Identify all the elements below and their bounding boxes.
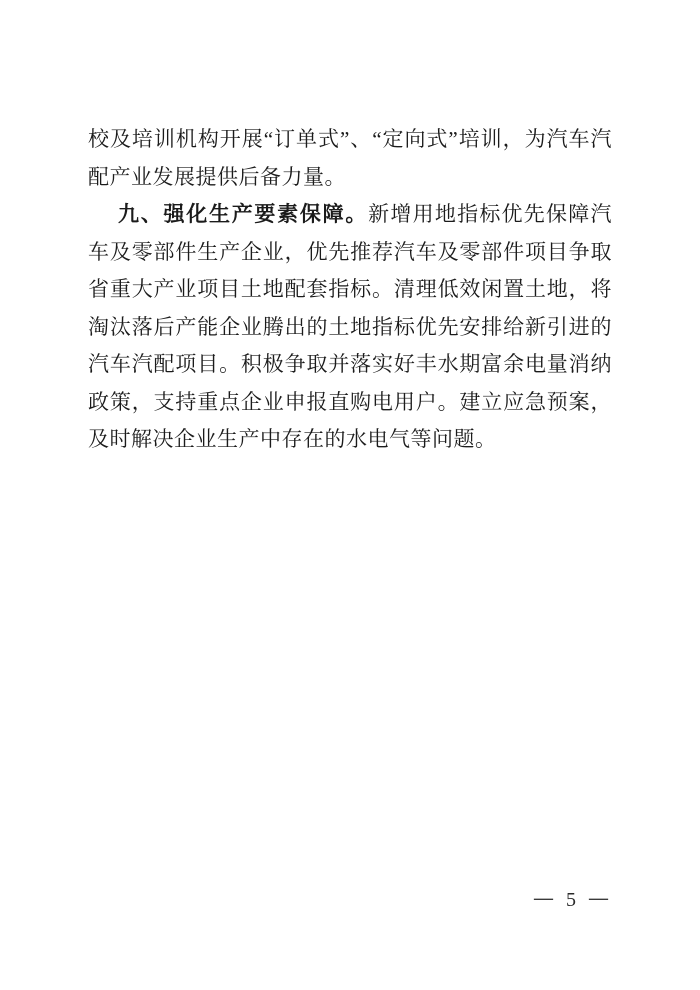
document-body: 校及培训机构开展“订单式”、“定向式”培训，为汽车汽配产业发展提供后备力量。 九… [88,121,612,459]
paragraph-text: 新增用地指标优先保障汽车及零部件生产企业，优先推荐汽车及零部件项目争取省重大产业… [88,202,612,451]
section-heading: 九、强化生产要素保障。 [118,203,368,226]
page-number-right-dash: — [589,888,608,910]
paragraph-text: 校及培训机构开展“订单式”、“定向式”培训，为汽车汽配产业发展提供后备力量。 [88,127,612,189]
paragraph-section-nine: 九、强化生产要素保障。新增用地指标优先保障汽车及零部件生产企业，优先推荐汽车及零… [88,196,612,459]
paragraph-continuation: 校及培训机构开展“订单式”、“定向式”培训，为汽车汽配产业发展提供后备力量。 [88,121,612,196]
page-number-value: 5 [566,889,576,912]
page-number-left-dash: — [534,888,553,910]
page-number: — 5 — [534,889,608,912]
